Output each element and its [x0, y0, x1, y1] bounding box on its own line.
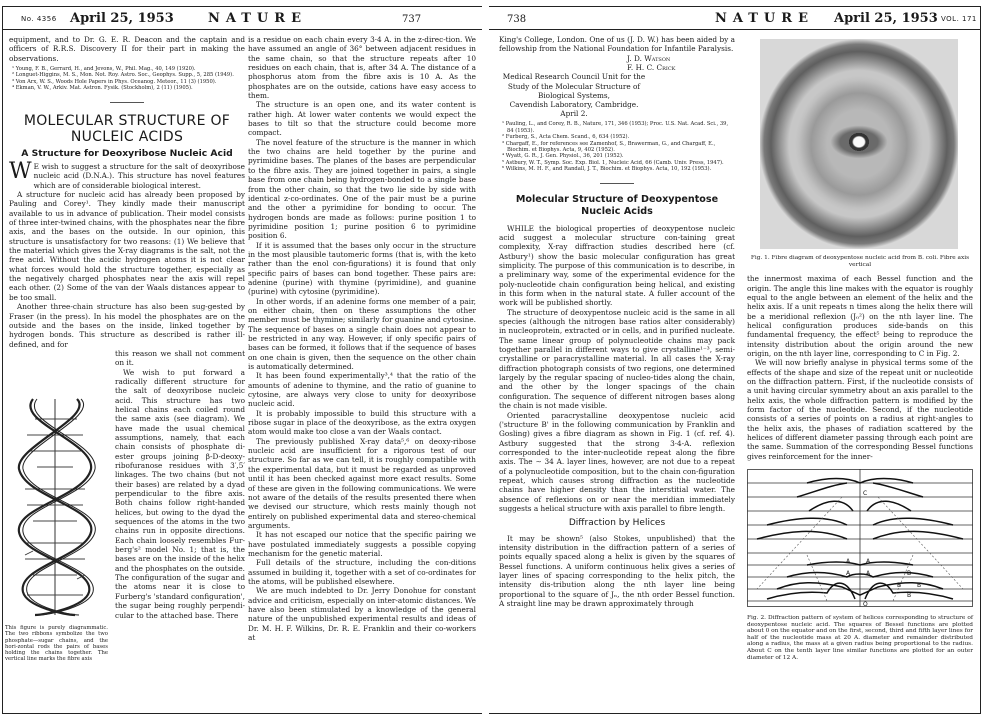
header-date: April 25, 1953 — [834, 11, 938, 26]
paragraph: The structure of deoxypentose nucleic ac… — [499, 308, 735, 411]
double-helix-figure: This figure is purely diagrammatic. The … — [5, 397, 108, 663]
paragraph: the innermost maxima of each Bessel func… — [747, 274, 973, 358]
author-signature: J. D. Watson — [499, 54, 735, 63]
drop-cap: W — [9, 163, 32, 181]
paragraph: In other words, if an adenine forms one … — [248, 297, 476, 372]
paragraph: Full details of the structure, including… — [248, 558, 476, 586]
label-c: C — [863, 490, 867, 497]
paragraph: A structure for nucleic acid has already… — [9, 190, 245, 302]
page-738: 738 NATURE April 25, 1953 VOL. 171 King'… — [489, 6, 981, 714]
figure-caption: This figure is purely diagrammatic. The … — [5, 625, 108, 663]
fig1-caption: Fig. 1. Fibre diagram of deoxypentose nu… — [747, 255, 973, 268]
section-divider — [600, 183, 634, 184]
left-column-2: is a residue on each chain every 3·4 A. … — [248, 35, 476, 642]
paragraph: is a residue on each chain every 3·4 A. … — [248, 35, 476, 100]
journal-name: NATURE — [715, 11, 814, 26]
page-header: 738 NATURE April 25, 1953 VOL. 171 — [489, 7, 980, 30]
right-column-1: King's College, London. One of us (J. D.… — [499, 35, 735, 608]
paragraph: King's College, London. One of us (J. D.… — [499, 35, 735, 54]
journal-name: NATURE — [208, 11, 307, 26]
paragraph: The previously published X-ray data⁵,⁶ o… — [248, 437, 476, 530]
volume-number: VOL. 171 — [941, 15, 977, 23]
reference-item: ⁴ Ekman, V. W., Arkiv. Mat. Astron. Fysi… — [9, 85, 245, 91]
paragraph: It is probably impossible to build this … — [248, 409, 476, 437]
svg-text:B: B — [907, 592, 911, 599]
paragraph: We will now briefly analyse in physical … — [747, 358, 973, 461]
paragraph: The structure is an open one, and its wa… — [248, 100, 476, 137]
svg-text:B: B — [907, 570, 911, 577]
right-column-2: Fig. 1. Fibre diagram of deoxypentose nu… — [747, 255, 973, 661]
paragraph: WHILE the biological properties of deoxy… — [499, 224, 735, 308]
article-title: Molecular Structure of Deoxypentose Nucl… — [499, 194, 735, 218]
paragraph: It has been found experimentally³,⁴ that… — [248, 371, 476, 408]
paragraph: Oriented paracrystalline deoxypentose nu… — [499, 411, 735, 514]
article-title: MOLECULAR STRUCTURE OF NUCLEIC ACIDS — [9, 113, 245, 145]
page-737: No. 4356 April 25, 1953 NATURE 737 equip… — [2, 6, 482, 714]
paragraph: It may be shown⁵ (also Stokes, unpublish… — [499, 534, 735, 609]
paragraph: It has not escaped our notice that the s… — [248, 530, 476, 558]
page-number: 738 — [507, 14, 526, 25]
wrapped-text-block: this reason we shall not comment on it. … — [115, 349, 245, 620]
paragraph: WE wish to suggest a structure for the s… — [9, 162, 245, 190]
references-list: ¹ Young, F. B., Gerrard, H., and Jevons,… — [9, 66, 245, 92]
reference-item: ³ Chargaff, E., for references see Zamen… — [499, 141, 735, 154]
reference-item: ¹ Pauling, L., and Corey, R. B., Nature,… — [499, 121, 735, 134]
paragraph: We wish to put forward a radically diffe… — [115, 368, 245, 620]
header-date: April 25, 1953 — [70, 11, 174, 26]
author-signature: F. H. C. Crick — [499, 63, 735, 72]
article-subtitle: A Structure for Deoxyribose Nucleic Acid — [9, 149, 245, 158]
fibre-diagram-photo — [760, 39, 958, 249]
section-heading: Diffraction by Helices — [499, 519, 735, 528]
double-helix-icon — [5, 397, 108, 617]
paragraph: Another three-chain structure has also b… — [9, 302, 245, 349]
issue-number: No. 4356 — [21, 15, 57, 23]
references-list: ¹ Pauling, L., and Corey, R. B., Nature,… — [499, 121, 735, 172]
section-divider — [110, 102, 144, 103]
paragraph: We are much indebted to Dr. Jerry Donohu… — [248, 586, 476, 642]
label-origin: O — [863, 601, 868, 607]
paragraph: The novel feature of the structure is th… — [248, 138, 476, 241]
page-header: No. 4356 April 25, 1953 NATURE 737 — [3, 7, 482, 30]
paragraph: If it is assumed that the bases only occ… — [248, 241, 476, 297]
reference-item: ⁶ Wilkins, M. H. F., and Randall, J. T.,… — [499, 166, 735, 172]
svg-text:B: B — [897, 582, 901, 589]
fig2-caption: Fig. 2. Diffraction pattern of system of… — [747, 615, 973, 661]
svg-text:B: B — [917, 582, 921, 589]
paragraph: this reason we shall not comment on it. — [115, 349, 245, 368]
bessel-diffraction-figure: C A A A A B B B B O — [747, 469, 973, 607]
reference-item: ² Longuet-Higgins, M. S., Mon. Not. Roy.… — [9, 72, 245, 78]
affiliation: Medical Research Council Unit for the St… — [499, 72, 649, 118]
intro-paragraph: equipment, and to Dr. G. E. R. Deacon an… — [9, 35, 245, 63]
page-number: 737 — [402, 14, 421, 25]
